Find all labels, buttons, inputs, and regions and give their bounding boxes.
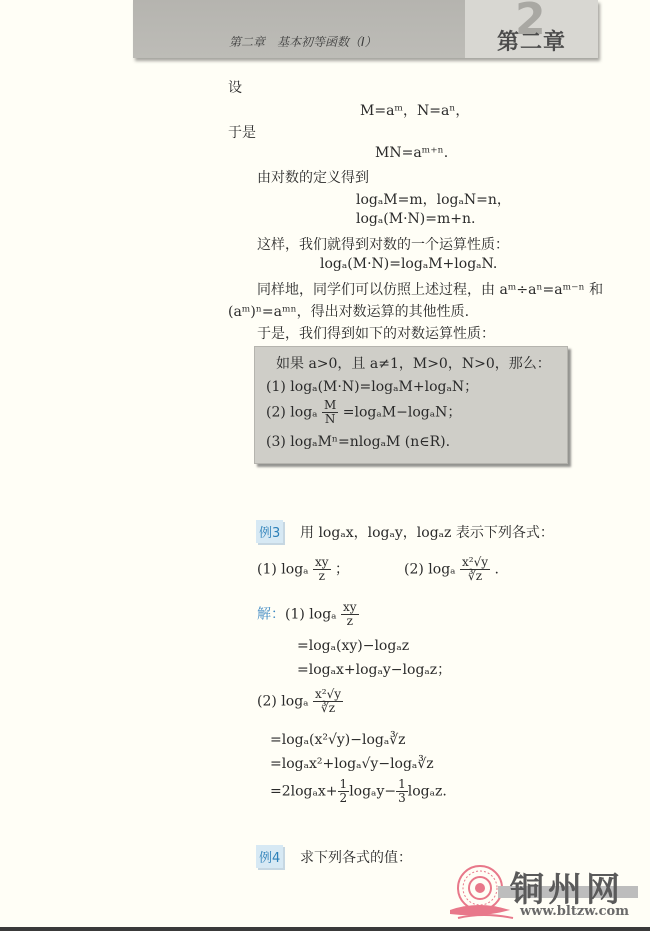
fraction-numerator: xy [341, 601, 359, 615]
solution-1-step-2: =logₐx+logₐy−logₐz； [297, 659, 451, 679]
example-3-prompt: 用 logₐx，logₐy，logₐz 表示下列各式： [300, 522, 554, 542]
fraction-denominator: 2 [338, 792, 350, 805]
equation-product-property: logₐ(M·N)=logₐM+logₐN. [320, 256, 497, 272]
fraction-m-over-n: M N [322, 399, 338, 426]
sol2-fraction: x²√y ∛z [313, 688, 343, 715]
text-yushi: 于是 [228, 122, 256, 142]
q2-num: (2) [404, 562, 424, 578]
q2-prefix: logₐ [428, 562, 455, 578]
text-similarly-2: (aᵐ)ⁿ=aᵐⁿ，得出对数运算的其他性质. [228, 301, 469, 321]
fraction-denominator: N [322, 413, 338, 426]
solution-2-step-2: =logₐx²+logₐ√y−logₐ∛z [270, 756, 434, 772]
example-3-question-2: (2) logₐ x²√y ∛z . [404, 556, 499, 583]
example-3-question-1: (1) logₐ xy z ； [257, 556, 349, 583]
fraction-one-third: 13 [396, 778, 408, 805]
q2-suffix: . [495, 562, 499, 578]
running-title: 第二章 基本初等函数（Ⅰ） [229, 33, 377, 50]
q1-prefix: logₐ [281, 562, 308, 578]
property-3-num: (3) [266, 434, 286, 450]
text-similarly-1: 同样地，同学们可以仿照上述过程，由 aᵐ÷aⁿ=aᵐ⁻ⁿ 和 [257, 279, 603, 299]
property-2-suffix: =logₐM−logₐN； [343, 405, 462, 421]
property-1: (1) logₐ(M·N)=logₐM+logₐN； [266, 376, 478, 396]
header-left-panel: 第二章 基本初等函数（Ⅰ） [133, 0, 465, 58]
sol1-prefix: logₐ [309, 607, 336, 623]
fraction-denominator: z [341, 615, 359, 628]
text-thus: 这样，我们就得到对数的一个运算性质： [257, 234, 509, 254]
log-properties-box: 如果 a>0，且 a≠1，M>0，N>0，那么： (1) logₐ(M·N)=l… [254, 346, 568, 464]
q1-fraction: xy z [313, 556, 331, 583]
page-bottom-border [0, 927, 650, 931]
solution-2-step-1: =logₐ(x²√y)−logₐ∛z [270, 732, 406, 748]
final-part-1: =2logₐx+ [270, 784, 338, 800]
site-watermark: 铜州网 www.bltzw.com [448, 862, 643, 924]
solution-1-header: 解：(1) logₐ xy z [257, 601, 359, 628]
equation-mn-definition: M=aᵐ，N=aⁿ， [360, 100, 469, 120]
solution-label: 解： [257, 607, 285, 623]
solution-2-header: (2) logₐ x²√y ∛z [257, 688, 343, 715]
example-4-prompt: 求下列各式的值： [300, 847, 412, 867]
q2-fraction: x²√y ∛z [460, 556, 490, 583]
property-1-formula: logₐ(M·N)=logₐM+logₐN； [290, 379, 478, 395]
fraction-numerator: xy [313, 556, 331, 570]
equation-logs: logₐM=m，logₐN=n， [356, 189, 511, 209]
fraction-numerator: 1 [338, 778, 350, 792]
fraction-numerator: x²√y [460, 556, 490, 570]
chapter-header-bar: 第二章 基本初等函数（Ⅰ） 2 第二章 [133, 0, 598, 58]
property-2: (2) logₐ M N =logₐM−logₐN； [266, 399, 461, 426]
property-3-formula: logₐMⁿ=nlogₐM (n∈R). [290, 434, 450, 450]
sol1-fraction: xy z [341, 601, 359, 628]
fraction-numerator: M [322, 399, 338, 413]
property-2-prefix: logₐ [290, 405, 317, 421]
fraction-one-half: 12 [338, 778, 350, 805]
solution-2-step-3: =2logₐx+12logₐy−13logₐz. [270, 778, 447, 805]
chapter-label: 第二章 [497, 25, 566, 56]
fraction-numerator: x²√y [313, 688, 343, 702]
example-3-badge: 例3 [256, 520, 283, 543]
property-3: (3) logₐMⁿ=nlogₐM (n∈R). [266, 434, 450, 450]
sol1-num: (1) [285, 607, 305, 623]
equation-mn-product: MN=aᵐ⁺ⁿ. [375, 145, 448, 161]
example-4-badge: 例4 [256, 845, 283, 868]
sol2-prefix: logₐ [281, 694, 308, 710]
q1-suffix: ； [335, 562, 349, 578]
property-1-num: (1) [266, 379, 286, 395]
fraction-denominator: ∛z [460, 570, 490, 583]
fraction-denominator: ∛z [313, 702, 343, 715]
solution-1-step-1: =logₐ(xy)−logₐz [297, 638, 409, 654]
header-right-panel: 2 第二章 [465, 0, 598, 58]
q1-num: (1) [257, 562, 277, 578]
final-part-2: logₐy− [349, 784, 396, 800]
fraction-denominator: z [313, 570, 331, 583]
text-by-definition: 由对数的定义得到 [257, 167, 369, 187]
watermark-url: www.bltzw.com [520, 904, 629, 919]
equation-log-product: logₐ(M·N)=m+n. [356, 211, 475, 227]
text-therefore: 于是，我们得到如下的对数运算性质： [257, 323, 495, 343]
property-condition: 如果 a>0，且 a≠1，M>0，N>0，那么： [276, 353, 551, 373]
property-2-num: (2) [266, 405, 286, 421]
text-she: 设 [228, 77, 242, 97]
fraction-numerator: 1 [396, 778, 408, 792]
fraction-denominator: 3 [396, 792, 408, 805]
sol2-num: (2) [257, 694, 277, 710]
final-part-3: logₐz. [408, 784, 447, 800]
